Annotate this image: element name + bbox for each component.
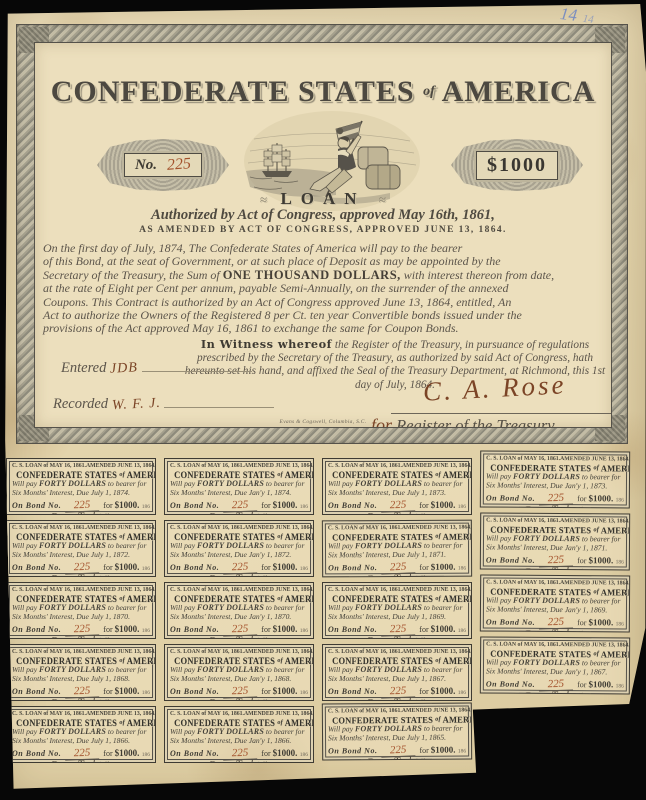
interest-coupon: C. S. LOAN of MAY 16, 1861. AMENDED JUNE… bbox=[322, 582, 472, 639]
coupon-year-stub: 186 bbox=[142, 566, 150, 572]
interest-coupon: C. S. LOAN of MAY 16, 1861. AMENDED JUNE… bbox=[6, 458, 156, 515]
witness-lead: In Witness whereof bbox=[201, 337, 332, 351]
coupon-due-date: July 1, 1867. bbox=[407, 674, 446, 683]
coupon-title: CONFEDERATE STATES of AMERICA bbox=[174, 470, 304, 480]
coupon-due-date: Jan'y 1, 1872. bbox=[249, 550, 292, 559]
entered-blank bbox=[142, 359, 252, 372]
interest-coupon: C. S. LOAN of MAY 16, 1861. AMENDED JUNE… bbox=[322, 644, 472, 701]
coupon-row: C. S. LOAN of MAY 16, 1861. AMENDED JUNE… bbox=[6, 520, 642, 582]
amount-in-words: ONE THOUSAND DOLLARS, bbox=[223, 268, 401, 282]
coupon-due-date: Jan'y 1, 1871. bbox=[565, 543, 608, 552]
coupon-due-date: Jan'y 1, 1867. bbox=[565, 667, 608, 676]
coupon-header: C. S. LOAN of MAY 16, 1861. AMENDED JUNE… bbox=[486, 580, 624, 587]
coupon-interest-line: Six Months' Interest, Due July 1, 1865. bbox=[328, 733, 466, 743]
interest-coupon: C. S. LOAN of MAY 16, 1861. AMENDED JUNE… bbox=[6, 582, 156, 639]
interest-coupon: C. S. LOAN of MAY 16, 1861. AMENDED JUNE… bbox=[480, 636, 630, 694]
coupon-row: C. S. LOAN of MAY 16, 1861. AMENDED JUNE… bbox=[6, 644, 642, 706]
coupon-interest-line: Six Months' Interest, Due July 1, 1867. bbox=[328, 675, 466, 684]
interest-coupon: C. S. LOAN of MAY 16, 1861. AMENDED JUNE… bbox=[480, 450, 630, 508]
coupon-header: C. S. LOAN of MAY 16, 1861. AMENDED JUNE… bbox=[170, 711, 308, 717]
body-line: of this Bond, at the seat of Government,… bbox=[43, 255, 603, 268]
coupon-year-stub: 186 bbox=[458, 566, 466, 572]
coupon-header: C. S. LOAN of MAY 16, 1861. AMENDED JUNE… bbox=[170, 525, 308, 531]
coupon-header: C. S. LOAN of MAY 16, 1861. AMENDED JUNE… bbox=[328, 708, 466, 715]
coupon-title: CONFEDERATE STATES of AMERICA bbox=[174, 532, 304, 542]
interest-coupon: C. S. LOAN of MAY 16, 1861. AMENDED JUNE… bbox=[480, 574, 630, 632]
coupon-year-stub: 186 bbox=[616, 559, 624, 565]
coupon-header: C. S. LOAN of MAY 16, 1861. AMENDED JUNE… bbox=[328, 463, 466, 469]
coupon-interest-line: Six Months' Interest, Due Jan'y 1, 1866. bbox=[170, 737, 308, 746]
interest-coupon: C. S. LOAN of MAY 16, 1861. AMENDED JUNE… bbox=[164, 706, 314, 763]
coupon-header: C. S. LOAN of MAY 16, 1861. AMENDED JUNE… bbox=[486, 518, 624, 525]
coupon-title: CONFEDERATE STATES of AMERICA bbox=[16, 470, 146, 480]
authorized-line: Authorized by Act of Congress, approved … bbox=[35, 207, 611, 224]
body-line: Coupons. This Contract is authorized by … bbox=[43, 296, 603, 309]
coupon-year-stub: 186 bbox=[458, 504, 466, 510]
coupon-year-stub: 186 bbox=[300, 628, 308, 634]
signature-rule bbox=[391, 413, 612, 414]
coupon-interest-line: Six Months' Interest, Due July 1, 1874. bbox=[12, 489, 150, 498]
coupon-header: C. S. LOAN of MAY 16, 1861. AMENDED JUNE… bbox=[486, 642, 624, 649]
coupon-title: CONFEDERATE STATES of AMERICA bbox=[490, 525, 620, 536]
interest-coupon: C. S. LOAN of MAY 16, 1861. AMENDED JUNE… bbox=[164, 520, 314, 577]
coupon-interest-line: Six Months' Interest, Due Jan'y 1, 1870. bbox=[170, 613, 308, 622]
coupon-title: CONFEDERATE STATES of AMERICA bbox=[490, 587, 620, 598]
interest-coupon: C. S. LOAN of MAY 16, 1861. AMENDED JUNE… bbox=[6, 706, 156, 763]
coupon-header: C. S. LOAN of MAY 16, 1861. AMENDED JUNE… bbox=[486, 456, 624, 463]
bond-certificate: CONFEDERATE STATES of AMERICA No. 225 $1… bbox=[16, 24, 628, 444]
printer-imprint: Evans & Cogswell, Columbia, S.C. bbox=[35, 419, 611, 425]
register-signature: C. A. Rose bbox=[422, 369, 567, 407]
coupon-title: CONFEDERATE STATES of AMERICA bbox=[332, 470, 462, 480]
coupon-interest-line: Six Months' Interest, Due July 1, 1872. bbox=[12, 551, 150, 560]
coupon-due-date: July 1, 1866. bbox=[91, 736, 130, 745]
coupon-year-stub: 186 bbox=[142, 752, 150, 758]
coupon-interest-line: Six Months' Interest, Due July 1, 1869. bbox=[328, 613, 466, 622]
coupon-title: CONFEDERATE STATES of AMERICA bbox=[16, 656, 146, 666]
coupon-interest-line: Six Months' Interest, Due Jan'y 1, 1872. bbox=[170, 551, 308, 560]
coupon-year-stub: 186 bbox=[300, 752, 308, 758]
coupon-year-stub: 186 bbox=[616, 683, 624, 689]
recorded-line: Recorded W. F. J. bbox=[53, 395, 274, 413]
coupon-year-stub: 186 bbox=[616, 497, 624, 503]
entered-initials: JDB bbox=[110, 360, 139, 377]
coupon-title: CONFEDERATE STATES of AMERICA bbox=[174, 594, 304, 604]
coupon-title: CONFEDERATE STATES of AMERICA bbox=[490, 649, 620, 660]
coupon-row: C. S. LOAN of MAY 16, 1861. AMENDED JUNE… bbox=[6, 706, 642, 768]
coupon-interest-line: Six Months' Interest, Due July 1, 1866. bbox=[12, 737, 150, 746]
bond-body: CONFEDERATE STATES of AMERICA No. 225 $1… bbox=[34, 42, 612, 428]
coupon-row: C. S. LOAN of MAY 16, 1861. AMENDED JUNE… bbox=[6, 458, 642, 520]
coupon-interest-line: Six Months' Interest, Due Jan'y 1, 1867. bbox=[486, 667, 624, 677]
coupon-interest-line: Six Months' Interest, Due July 1, 1871. bbox=[328, 550, 466, 559]
coupon-header: C. S. LOAN of MAY 16, 1861. AMENDED JUNE… bbox=[12, 463, 150, 469]
annotation-number: 14 bbox=[559, 4, 578, 25]
bond-title: CONFEDERATE STATES of AMERICA bbox=[35, 75, 611, 109]
body-line: Act to authorize the Owners of the Regis… bbox=[43, 309, 603, 322]
bond-title-of: of bbox=[423, 84, 435, 99]
coupon-title: CONFEDERATE STATES of AMERICA bbox=[332, 715, 462, 726]
coupon-year-stub: 186 bbox=[458, 628, 466, 634]
coupon-interest-line: Six Months' Interest, Due Jan'y 1, 1869. bbox=[486, 605, 624, 615]
coupon-due-date: July 1, 1868. bbox=[91, 674, 130, 683]
coupon-year-stub: 186 bbox=[300, 690, 308, 696]
coupon-header: C. S. LOAN of MAY 16, 1861. AMENDED JUNE… bbox=[12, 525, 150, 531]
coupon-year-stub: 186 bbox=[458, 690, 466, 696]
coupon-header: C. S. LOAN of MAY 16, 1861. AMENDED JUNE… bbox=[328, 649, 466, 655]
coupon-due-date: Jan'y 1, 1870. bbox=[249, 612, 292, 621]
coupon-title: CONFEDERATE STATES of AMERICA bbox=[332, 532, 462, 543]
body-line: provisions of the Act approved May 16, 1… bbox=[43, 322, 603, 335]
coupon-year-stub: 186 bbox=[300, 566, 308, 572]
coupon-header: C. S. LOAN of MAY 16, 1861. AMENDED JUNE… bbox=[328, 525, 466, 532]
interest-coupon: C. S. LOAN of MAY 16, 1861. AMENDED JUNE… bbox=[322, 702, 472, 760]
coupon-year-stub: 186 bbox=[142, 690, 150, 696]
interest-coupon: C. S. LOAN of MAY 16, 1861. AMENDED JUNE… bbox=[322, 520, 472, 578]
interest-coupon: C. S. LOAN of MAY 16, 1861. AMENDED JUNE… bbox=[164, 458, 314, 515]
coupon-due-date: Jan'y 1, 1869. bbox=[565, 605, 608, 614]
coupon-interest-line: Six Months' Interest, Due Jan'y 1, 1873. bbox=[486, 481, 624, 491]
coupon-due-date: July 1, 1869. bbox=[407, 612, 446, 621]
bond-number-plaque: No. 225 bbox=[97, 139, 229, 191]
coupon-title: CONFEDERATE STATES of AMERICA bbox=[16, 718, 146, 728]
coupon-due-date: Jan'y 1, 1868. bbox=[249, 674, 292, 683]
coupon-due-date: Jan'y 1, 1874. bbox=[249, 488, 292, 497]
coupon-header: C. S. LOAN of MAY 16, 1861. AMENDED JUNE… bbox=[12, 711, 150, 717]
coupon-title: CONFEDERATE STATES of AMERICA bbox=[490, 463, 620, 474]
bond-obligation-text: On the first day of July, 1874, The Conf… bbox=[43, 242, 603, 336]
interest-coupon: C. S. LOAN of MAY 16, 1861. AMENDED JUNE… bbox=[164, 582, 314, 639]
bond-number-label: No. bbox=[135, 157, 157, 173]
coupon-header: C. S. LOAN of MAY 16, 1861. AMENDED JUNE… bbox=[328, 587, 466, 593]
coupon-due-date: Jan'y 1, 1873. bbox=[565, 481, 608, 490]
coupon-year-stub: 186 bbox=[458, 749, 466, 755]
coupon-due-date: July 1, 1874. bbox=[91, 488, 130, 497]
coupon-due-date: July 1, 1871. bbox=[407, 549, 446, 558]
coupon-title: CONFEDERATE STATES of AMERICA bbox=[332, 594, 462, 604]
left-flourish-icon: ≈ bbox=[260, 192, 267, 207]
coupon-header: C. S. LOAN of MAY 16, 1861. AMENDED JUNE… bbox=[12, 649, 150, 655]
coupon-year-stub: 186 bbox=[142, 628, 150, 634]
photo-background: 1414 CONFEDERATE STATES of AMERICA No. 2… bbox=[0, 0, 646, 800]
coupon-interest-line: Six Months' Interest, Due Jan'y 1, 1868. bbox=[170, 675, 308, 684]
coupon-header: C. S. LOAN of MAY 16, 1861. AMENDED JUNE… bbox=[170, 649, 308, 655]
coupon-interest-line: Six Months' Interest, Due Jan'y 1, 1874. bbox=[170, 489, 308, 498]
coupon-interest-line: Six Months' Interest, Due July 1, 1873. bbox=[328, 489, 466, 498]
coupon-header: C. S. LOAN of MAY 16, 1861. AMENDED JUNE… bbox=[12, 587, 150, 593]
coupon-interest-line: Six Months' Interest, Due July 1, 1868. bbox=[12, 675, 150, 684]
coupon-header: C. S. LOAN of MAY 16, 1861. AMENDED JUNE… bbox=[170, 587, 308, 593]
coupon-interest-line: Six Months' Interest, Due Jan'y 1, 1871. bbox=[486, 543, 624, 553]
bond-sheet: 1414 CONFEDERATE STATES of AMERICA No. 2… bbox=[0, 0, 646, 800]
denomination-value: $1000 bbox=[487, 154, 547, 176]
denomination-plaque: $1000 bbox=[451, 139, 583, 191]
coupon-year-stub: 186 bbox=[300, 504, 308, 510]
bond-number-value: 225 bbox=[166, 155, 191, 175]
coupon-title: CONFEDERATE STATES of AMERICA bbox=[332, 656, 462, 666]
interest-coupon: C. S. LOAN of MAY 16, 1861. AMENDED JUNE… bbox=[6, 644, 156, 701]
coupon-interest-line: Six Months' Interest, Due July 1, 1870. bbox=[12, 613, 150, 622]
loan-banner: ≈ LOAN ≈ bbox=[35, 189, 611, 209]
coupon-due-date: July 1, 1865. bbox=[407, 732, 446, 741]
coupon-title: CONFEDERATE STATES of AMERICA bbox=[16, 532, 146, 542]
coupon-title: CONFEDERATE STATES of AMERICA bbox=[174, 656, 304, 666]
amended-line: AS AMENDED BY ACT OF CONGRESS, APPROVED … bbox=[35, 225, 611, 235]
coupon-title: CONFEDERATE STATES of AMERICA bbox=[174, 718, 304, 728]
bond-title-post: AMERICA bbox=[442, 75, 596, 108]
coupon-row: C. S. LOAN of MAY 16, 1861. AMENDED JUNE… bbox=[6, 582, 642, 644]
body-line: Secretary of the Treasury, the Sum of ON… bbox=[43, 269, 603, 282]
coupon-due-date: July 1, 1870. bbox=[91, 612, 130, 621]
coupon-sheet: C. S. LOAN of MAY 16, 1861. AMENDED JUNE… bbox=[6, 458, 642, 768]
coupon-year-stub: 186 bbox=[616, 621, 624, 627]
coupon-title: CONFEDERATE STATES of AMERICA bbox=[16, 594, 146, 604]
loan-label: LOAN bbox=[280, 189, 365, 208]
coupon-due-date: July 1, 1872. bbox=[91, 550, 130, 559]
interest-coupon: C. S. LOAN of MAY 16, 1861. AMENDED JUNE… bbox=[480, 512, 630, 570]
interest-coupon: C. S. LOAN of MAY 16, 1861. AMENDED JUNE… bbox=[6, 520, 156, 577]
recorded-blank bbox=[164, 395, 274, 408]
body-line: On the first day of July, 1874, The Conf… bbox=[43, 242, 603, 255]
coupon-due-date: July 1, 1873. bbox=[407, 488, 446, 497]
bond-title-pre: CONFEDERATE STATES bbox=[51, 75, 415, 108]
recorded-initials: W. F. J. bbox=[111, 396, 161, 415]
coupon-year-stub: 186 bbox=[142, 504, 150, 510]
coupon-due-date: Jan'y 1, 1866. bbox=[249, 736, 292, 745]
entered-line: Entered JDB bbox=[61, 359, 252, 377]
body-line: at the rate of Eight per Cent per annum,… bbox=[43, 282, 603, 295]
interest-coupon: C. S. LOAN of MAY 16, 1861. AMENDED JUNE… bbox=[322, 458, 472, 515]
coupon-header: C. S. LOAN of MAY 16, 1861. AMENDED JUNE… bbox=[170, 463, 308, 469]
right-flourish-icon: ≈ bbox=[379, 192, 386, 207]
interest-coupon: C. S. LOAN of MAY 16, 1861. AMENDED JUNE… bbox=[164, 644, 314, 701]
